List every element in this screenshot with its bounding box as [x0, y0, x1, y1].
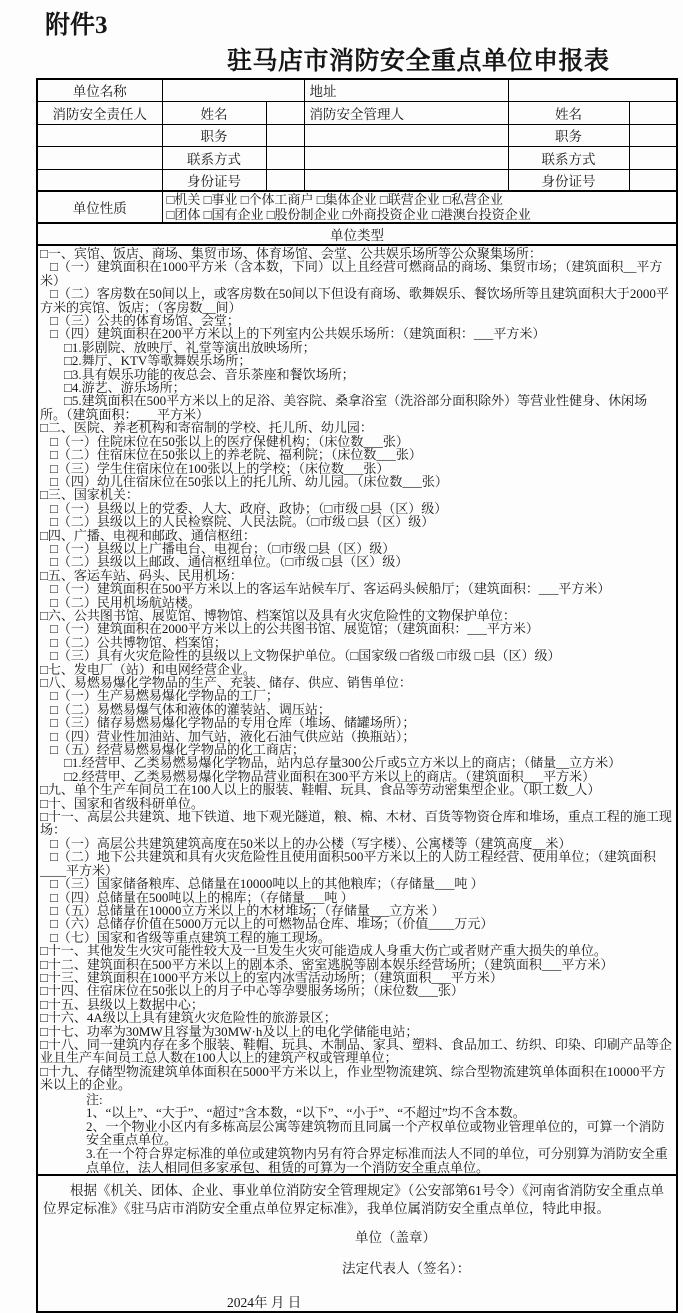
unit-type-item: □（六）总储存价值在5000万元以上的可燃物品仓库、堆场；（价值____万元） [40, 917, 673, 930]
row-declaration: 根据《机关、团体、企业、事业单位消防安全管理规定》（公安部第61号令）《河南省消… [37, 1175, 677, 1312]
unit-type-item: □（二）地下公共建筑和具有火灾危险性且使用面积500平方米以上的人防工程经营、使… [40, 850, 673, 877]
unit-type-item: □（五）总储量在10000立方米以上的木材堆场；（存储量___立方米 ） [40, 904, 673, 917]
blank-cell [304, 146, 508, 169]
blank-cell [37, 124, 162, 146]
unit-type-item: □5.建筑面积在500平方米以上的足浴、美容院、桑拿浴室（洗浴部分面积除外）等营… [40, 394, 673, 421]
declaration-paragraph: 根据《机关、团体、企业、事业单位消防安全管理规定》（公安部第61号令）《河南省消… [43, 1182, 671, 1217]
unit-type-item: □（一）县级以上广播电台、电视台；（□市级 □县（区）级） [40, 542, 673, 555]
unit-type-item: □（二）县级以上邮政、通信枢纽单位。（□市级 □县（区）级） [40, 555, 673, 568]
unit-type-item: □2.经营甲、乙类易燃易爆化学物品营业面积在300平方米以上的商店。（建筑面积_… [40, 770, 673, 783]
unit-type-item: □三、国家机关： [40, 488, 673, 501]
unit-type-item: □九、单个生产车间员工在100人以上的服装、鞋帽、玩具、食品等劳动密集型企业。（… [40, 783, 673, 796]
row-unit-type-header: 单位类型 [37, 223, 677, 245]
unit-type-header: 单位类型 [37, 223, 677, 245]
responsible-id-label: 身份证号 [162, 169, 266, 191]
unit-type-item: □（二）公共博物馆、档案馆； [40, 636, 673, 649]
legal-representative-sign-line: 法定代表人（签名）： [342, 1257, 671, 1277]
address-label: 地址 [304, 79, 508, 101]
unit-type-item: □十四、住宿床位在50张以上的月子中心等孕婴服务场所；（床位数___张） [40, 984, 673, 997]
unit-type-item: □十六、4A级以上具有建筑火灾危险性的旅游景区； [40, 1011, 673, 1024]
unit-type-list: □一、宾馆、饭店、商场、集贸市场、体育场馆、会堂、公共娱乐场所等公众聚集场所：□… [40, 247, 673, 1092]
unit-type-item: □2.舞厅、KTV等歌舞娱乐场所； [40, 354, 673, 367]
row-person-duty: 职务 职务 [37, 124, 677, 146]
unit-type-item: □（四）总储量在500吨以上的棉库；（存储量___吨 ） [40, 891, 673, 904]
unit-type-item: □十七、功率为30MW且容量为30MW·h及以上的电化学储能电站； [40, 1025, 673, 1038]
unit-type-item: □（三）储存易燃易爆化学物品的专用仓库（堆场、储罐场所）； [40, 716, 673, 729]
unit-type-item: □（五）经营易燃易爆化学物品的化工商店； [40, 743, 673, 756]
unit-type-item: □十一、其他发生火灾可能性较大及一旦发生火灾可能造成人身重大伤亡或者财产重大损失… [40, 944, 673, 957]
unit-type-item: □（七）国家和省级等重点建筑工程的施工现场。 [40, 931, 673, 944]
manager-id-value [629, 169, 677, 191]
unit-type-item: □十五、县级以上数据中心； [40, 998, 673, 1011]
notes-heading: 注: [86, 1093, 673, 1107]
unit-type-item: □（二）住宿床位在50张以上的养老院、福利院；（床位数___张） [40, 448, 673, 461]
unit-type-item: □（二）客房数在50间以上，或客房数在50间以下但设有商场、歌舞娱乐、餐饮场所等… [40, 287, 673, 314]
manager-duty-label: 职务 [508, 124, 629, 146]
responsible-duty-label: 职务 [162, 124, 266, 146]
unit-type-item: □（四）幼儿住宿床位在50张以上的托儿所、幼儿园。（床位数___张） [40, 475, 673, 488]
row-unit-nature: 单位性质 □机关 □事业 □个体工商户 □集体企业 □联营企业 □私营企业 □团… [37, 191, 677, 223]
unit-nature-label: 单位性质 [37, 191, 162, 223]
manager-name-value [629, 101, 677, 124]
blank-cell [304, 124, 508, 146]
unit-type-item: □（三）公共的体育场馆、会堂； [40, 314, 673, 327]
row-person-contact: 联系方式 联系方式 [37, 146, 677, 169]
unit-type-item: □十、国家和省级科研单位。 [40, 797, 673, 810]
blank-cell [304, 169, 508, 191]
row-person-name: 消防安全责任人 姓名 消防安全管理人 姓名 [37, 101, 677, 124]
unit-type-item: □十三、建筑面积在1000平方米以上的室内冰雪活动场所；（建筑面积___平方米） [40, 971, 673, 984]
unit-type-item: □（四）营业性加油站、加气站，液化石油气供应站（换瓶站）； [40, 730, 673, 743]
notes-list: 1、“以上”、“大于”、“超过”含本数，“以下”、“小于”、“不超过”均不含本数… [86, 1106, 673, 1174]
unit-type-item: □八、易燃易爆化学物品的生产、充装、储存、供应、销售单位： [40, 676, 673, 689]
row-unit-name: 单位名称 地址 [37, 79, 677, 101]
unit-type-list-cell: □一、宾馆、饭店、商场、集贸市场、体育场馆、会堂、公共娱乐场所等公众聚集场所：□… [37, 245, 677, 1175]
unit-type-item: □（一）建筑面积在500平方米以上的客运车站候车厅、客运码头候船厅；（建筑面积：… [40, 582, 673, 595]
responsible-name-value [266, 101, 304, 124]
unit-type-item: □1.影剧院、放映厅、礼堂等演出放映场所； [40, 341, 673, 354]
row-unit-type-list: □一、宾馆、饭店、商场、集贸市场、体育场馆、会堂、公共娱乐场所等公众聚集场所：□… [37, 245, 677, 1175]
unit-type-item: □（三）学生住宿床位在100张以上的学校；（床位数___张） [40, 462, 673, 475]
unit-type-item: □4.游艺、游乐场所； [40, 381, 673, 394]
row-person-id: 身份证号 身份证号 [37, 169, 677, 191]
blank-cell [37, 169, 162, 191]
unit-type-item: □七、发电厂（站）和电网经营企业。 [40, 663, 673, 676]
manager-id-label: 身份证号 [508, 169, 629, 191]
note-item: 1、“以上”、“大于”、“超过”含本数，“以下”、“小于”、“不超过”均不含本数… [86, 1106, 673, 1120]
unit-type-item: □（一）建筑面积在2000平方米以上的公共图书馆、展览馆；（建筑面积：___平方… [40, 622, 673, 635]
unit-seal-line: 单位（盖章） [355, 1226, 671, 1246]
unit-type-item: □3.具有娱乐功能的夜总会、音乐茶座和餐饮场所； [40, 368, 673, 381]
scanned-form-page: { "attachment": "附件3", "title": "驻马店市消防安… [0, 0, 683, 1286]
unit-type-item: □十八、同一建筑内存在多个服装、鞋帽、玩具、木制品、家具、塑料、食品加工、纺织、… [40, 1038, 673, 1065]
unit-type-item: □（一）生产易燃易爆化学物品的工厂； [40, 689, 673, 702]
unit-type-item: □（四）建筑面积在200平方米以上的下列室内公共娱乐场所：（建筑面积：___平方… [40, 327, 673, 340]
unit-type-item: □（二）易燃易爆气体和液体的灌装站、调压站； [40, 703, 673, 716]
notes-block: 注: 1、“以上”、“大于”、“超过”含本数，“以下”、“小于”、“不超过”均不… [86, 1093, 673, 1175]
responsible-id-value [266, 169, 304, 191]
unit-type-item: □十一、高层公共建筑、地下铁道、地下观光隧道，粮、棉、木材、百货等物资仓库和堆场… [40, 810, 673, 837]
unit-nature-options: □机关 □事业 □个体工商户 □集体企业 □联营企业 □私营企业 □团体 □国有… [162, 191, 677, 223]
nature-options-line1: □机关 □事业 □个体工商户 □集体企业 □联营企业 □私营企业 [167, 192, 674, 207]
responsible-name-label: 姓名 [162, 101, 266, 124]
unit-type-item: □六、公共图书馆、展览馆、博物馆、档案馆以及具有火灾危险性的文物保护单位： [40, 609, 673, 622]
attachment-label: 附件3 [45, 5, 108, 41]
declaration-cell: 根据《机关、团体、企业、事业单位消防安全管理规定》（公安部第61号令）《河南省消… [37, 1175, 677, 1312]
unit-type-item: □十二、建筑面积在500平方米以上的剧本杀、密室逃脱等剧本娱乐经营场所；（建筑面… [40, 958, 673, 971]
unit-type-item: □（三）国家储备粮库、总储量在10000吨以上的其他粮库；（存储量___吨 ） [40, 877, 673, 890]
manager-duty-value [629, 124, 677, 146]
unit-type-item: □一、宾馆、饭店、商场、集贸市场、体育场馆、会堂、公共娱乐场所等公众聚集场所： [40, 247, 673, 260]
manager-contact-label: 联系方式 [508, 146, 629, 169]
manager-name-label: 姓名 [508, 101, 629, 124]
manager-label: 消防安全管理人 [304, 101, 508, 124]
responsible-contact-value [266, 146, 304, 169]
unit-type-item: □（二）县级以上的人民检察院、人民法院。（□市级 □县（区）级） [40, 515, 673, 528]
unit-type-item: □十九、存储型物流建筑单体面积在5000平方米以上，作业型物流建筑、综合型物流建… [40, 1065, 673, 1092]
form-title: 驻马店市消防安全重点单位申报表 [227, 41, 610, 77]
responsible-contact-label: 联系方式 [162, 146, 266, 169]
unit-type-item: □（一）建筑面积在1000平方米（含本数，下同）以上且经营可燃商品的商场、集贸市… [40, 260, 673, 287]
unit-type-item: □五、客运车站、码头、民用机场： [40, 569, 673, 582]
unit-name-label: 单位名称 [37, 79, 162, 101]
unit-type-item: □（一）县级以上的党委、人大、政府、政协；（□市级 □县（区）级） [40, 502, 673, 515]
responsible-person-label: 消防安全责任人 [37, 101, 162, 124]
blank-cell [37, 146, 162, 169]
unit-type-item: □二、医院、养老机构和寄宿制的学校、托儿所、幼儿园： [40, 421, 673, 434]
unit-type-item: □1.经营甲、乙类易燃易爆化学物品，站内总存量300公斤或5立方米以上的商店；（… [40, 756, 673, 769]
declaration-form-table: 单位名称 地址 消防安全责任人 姓名 消防安全管理人 姓名 职务 职务 联系方式… [36, 78, 678, 1313]
note-item: 2、一个物业小区内有多栋高层公寓等建筑物而且同属一个产权单位或物业管理单位的，可… [86, 1120, 673, 1147]
unit-name-value [162, 79, 304, 101]
note-item: 3.在一个符合界定标准的单位或建筑物内另有符合界定标准而法人不同的单位，可分别算… [86, 1147, 673, 1174]
unit-type-item: □（一）住院床位在50张以上的医疗保健机构；（床位数___张） [40, 435, 673, 448]
unit-type-item: □（三）具有火灾危险性的县级以上文物保护单位。（□国家级 □省级 □市级 □县（… [40, 649, 673, 662]
responsible-duty-value [266, 124, 304, 146]
nature-options-line2: □团体 □国有企业 □股份制企业 □外商投资企业 □港澳台投资企业 [167, 207, 674, 222]
unit-type-item: □四、广播、电视和邮政、通信枢纽： [40, 529, 673, 542]
unit-type-item: □（一）高层公共建筑建筑高度在50米以上的办公楼（写字楼）、公寓楼等（建筑高度_… [40, 837, 673, 850]
address-value [508, 79, 677, 101]
manager-contact-value [629, 146, 677, 169]
unit-type-item: □（二）民用机场航站楼。 [40, 596, 673, 609]
date-line: 2024年 月 日 [227, 1291, 671, 1311]
